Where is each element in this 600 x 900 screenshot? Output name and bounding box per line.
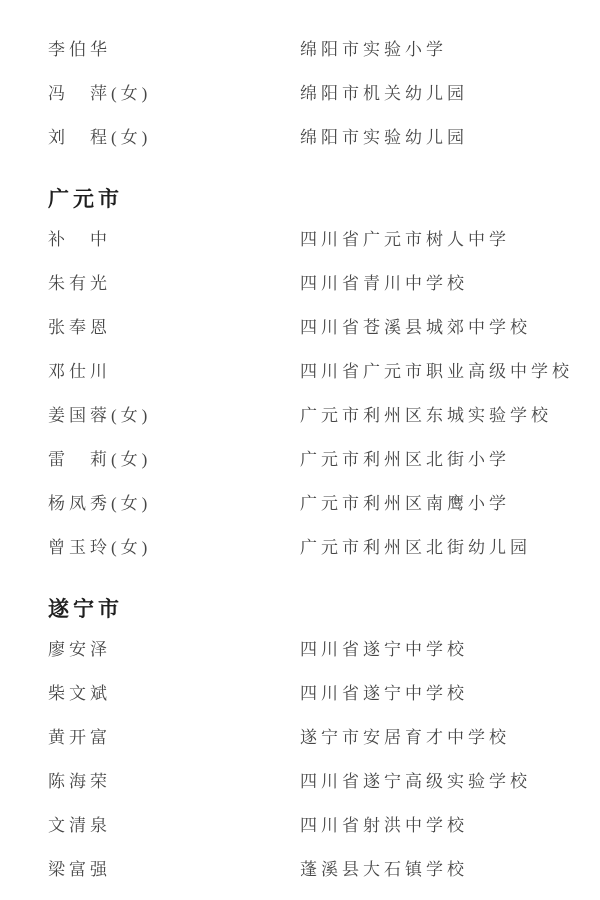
person-name: 曾玉玲(女) [48,526,300,570]
person-name: 梁富强 [48,848,300,892]
list-item: 张奉恩 四川省苍溪县城郊中学校 [48,306,600,350]
school-name: 四川省广元市树人中学 [300,218,600,262]
person-name: 廖安泽 [48,628,300,672]
person-name: 雷 莉(女) [48,438,300,482]
person-name: 朱有光 [48,262,300,306]
school-name: 四川省青川中学校 [300,262,600,306]
list-item: 雷 莉(女) 广元市利州区北街小学 [48,438,600,482]
city-section: 广元市 补 中 四川省广元市树人中学 朱有光 四川省青川中学校 张奉恩 四川省苍… [48,160,600,570]
list-item: 陈海荣 四川省遂宁高级实验学校 [48,760,600,804]
person-name: 陈海荣 [48,760,300,804]
person-name: 李伯华 [48,28,300,72]
list-item: 文清泉 四川省射洪中学校 [48,804,600,848]
list-item: 柴文斌 四川省遂宁中学校 [48,672,600,716]
list-item: 李伯华 绵阳市实验小学 [48,28,600,72]
list-item: 补 中 四川省广元市树人中学 [48,218,600,262]
list-item: 曾玉玲(女) 广元市利州区北街幼儿园 [48,526,600,570]
list-item: 廖安泽 四川省遂宁中学校 [48,628,600,672]
school-name: 广元市利州区北街小学 [300,438,600,482]
person-name: 张奉恩 [48,306,300,350]
person-name: 冯 萍(女) [48,72,300,116]
person-name: 柴文斌 [48,672,300,716]
section-rows: 廖安泽 四川省遂宁中学校 柴文斌 四川省遂宁中学校 黄开富 遂宁市安居育才中学校… [48,626,600,892]
school-name: 四川省遂宁中学校 [300,672,600,716]
person-name: 杨凤秀(女) [48,482,300,526]
list-item: 姜国蓉(女) 广元市利州区东城实验学校 [48,394,600,438]
school-name: 广元市利州区南鹰小学 [300,482,600,526]
person-name: 姜国蓉(女) [48,394,300,438]
section-rows: 李伯华 绵阳市实验小学 冯 萍(女) 绵阳市机关幼儿园 刘 程(女) 绵阳市实验… [48,28,600,160]
school-name: 遂宁市安居育才中学校 [300,716,600,760]
list-item: 黄开富 遂宁市安居育才中学校 [48,716,600,760]
school-name: 广元市利州区北街幼儿园 [300,526,600,570]
person-name: 邓仕川 [48,350,300,394]
school-name: 四川省苍溪县城郊中学校 [300,306,600,350]
school-name: 广元市利州区东城实验学校 [300,394,600,438]
school-name: 四川省广元市职业高级中学校 [300,350,600,394]
section-rows: 补 中 四川省广元市树人中学 朱有光 四川省青川中学校 张奉恩 四川省苍溪县城郊… [48,216,600,570]
school-name: 绵阳市机关幼儿园 [300,72,600,116]
school-name: 绵阳市实验小学 [300,28,600,72]
school-name: 四川省射洪中学校 [300,804,600,848]
list-item: 刘 程(女) 绵阳市实验幼儿园 [48,116,600,160]
city-section: 李伯华 绵阳市实验小学 冯 萍(女) 绵阳市机关幼儿园 刘 程(女) 绵阳市实验… [48,28,600,160]
city-header: 广元市 [48,160,600,214]
school-name: 四川省遂宁中学校 [300,628,600,672]
list-item: 邓仕川 四川省广元市职业高级中学校 [48,350,600,394]
person-name: 补 中 [48,218,300,262]
school-name: 四川省遂宁高级实验学校 [300,760,600,804]
list-item: 杨凤秀(女) 广元市利州区南鹰小学 [48,482,600,526]
person-name: 黄开富 [48,716,300,760]
list-item: 梁富强 蓬溪县大石镇学校 [48,848,600,892]
city-header: 遂宁市 [48,570,600,624]
document-page: 李伯华 绵阳市实验小学 冯 萍(女) 绵阳市机关幼儿园 刘 程(女) 绵阳市实验… [0,0,600,900]
school-name: 蓬溪县大石镇学校 [300,848,600,892]
list-item: 冯 萍(女) 绵阳市机关幼儿园 [48,72,600,116]
name-list: 李伯华 绵阳市实验小学 冯 萍(女) 绵阳市机关幼儿园 刘 程(女) 绵阳市实验… [0,0,600,892]
school-name: 绵阳市实验幼儿园 [300,116,600,160]
list-item: 朱有光 四川省青川中学校 [48,262,600,306]
city-section: 遂宁市 廖安泽 四川省遂宁中学校 柴文斌 四川省遂宁中学校 黄开富 遂宁市安居育… [48,570,600,892]
person-name: 刘 程(女) [48,116,300,160]
person-name: 文清泉 [48,804,300,848]
